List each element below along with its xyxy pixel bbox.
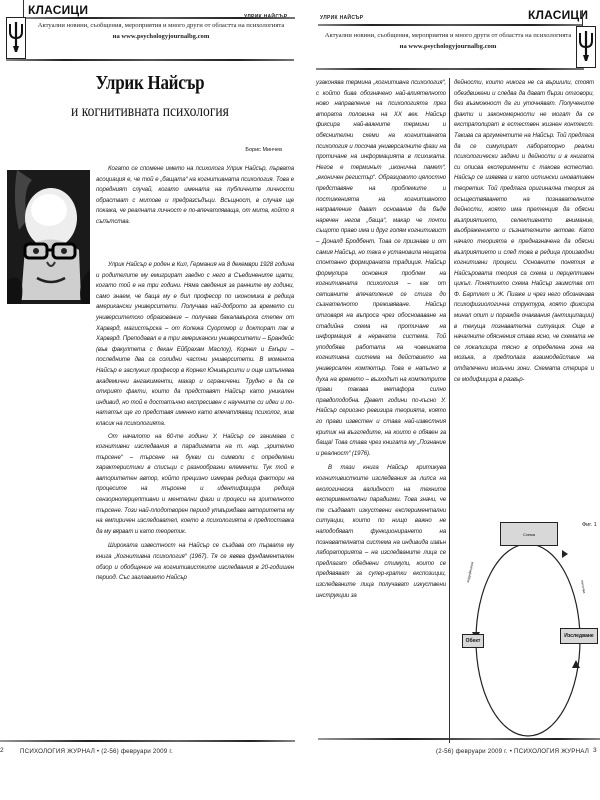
paragraph: узаконява термина „когнитивна психология… [316,78,446,459]
neisser-portrait-photo [7,170,90,304]
promo-rule [6,59,294,61]
footer-text: (2-56) февруари 2009 г. • ПСИХОЛОГИЯ ЖУР… [436,748,589,755]
footer-rule [0,740,295,742]
left-page: КЛАСИЦИ УЛРИК НАЙСЪР Актуални новини, съ… [0,0,300,800]
promo-link[interactable]: на www.psychologyjournalbg.com [320,41,576,52]
psi-icon [578,29,594,65]
page-number: 2 [0,747,4,754]
page-number: 3 [593,747,597,754]
paragraph: От началото на 60-те години У. Найсър се… [96,432,294,538]
figure-box-object: Обект [462,634,484,648]
perceptual-cycle-figure: Схема Обект Изследване модифицира насочв… [462,522,598,742]
paragraph: Когато се спомене името на психолога Улр… [96,164,294,228]
right-first-column: узаконява термина „когнитивна психология… [316,78,446,601]
left-intro-column: Когато се спомене името на психолога Улр… [96,164,294,228]
figure-box-exploration: Изследване [560,628,598,644]
paragraph: Широката известност на Найсър се създава… [96,541,294,583]
footer-text: ПСИХОЛОГИЯ ЖУРНАЛ • (2-56) февруари 2009… [20,748,173,755]
promo-link[interactable]: на www.psychologyjournalbg.com [30,31,292,42]
psi-icon [8,20,24,56]
promo-line-1: Актуални новини, съобщения, мероприятия … [30,20,292,31]
right-second-column: дейности, които никога не са вършили, ст… [454,78,594,385]
promo-rule [316,68,584,70]
left-main-column: Улрик Найсър е роден в Кил, Германия на … [96,260,294,584]
figure-box-schema: Схема [500,522,558,546]
paragraph: В тази книга Найсър критикува когнитивис… [316,463,446,601]
running-title: УЛРИК НАЙСЪР [320,15,363,21]
header-rule [318,24,583,26]
paragraph: Улрик Найсър е роден в Кил, Германия на … [96,260,294,430]
section-label: КЛАСИЦИ [528,8,588,22]
section-label: КЛАСИЦИ [28,3,88,17]
column-divider [449,78,450,743]
article-subtitle: и когнитивната психология [23,103,278,121]
psi-logo [6,17,26,59]
promo-text: Актуални новини, съобщения, мероприятия … [320,30,576,52]
header-vertical-rule [582,10,583,26]
article-title: Улрик Найсър [23,72,278,95]
psi-logo [576,26,596,68]
promo-line-1: Актуални новини, съобщения, мероприятия … [320,30,576,41]
promo-text: Актуални новини, съобщения, мероприятия … [30,20,292,42]
article-author: Борис Минчев [245,147,282,153]
paragraph: дейности, които никога не са вършили, ст… [454,78,594,385]
header-rule [23,17,295,19]
header-vertical-rule [23,0,24,18]
